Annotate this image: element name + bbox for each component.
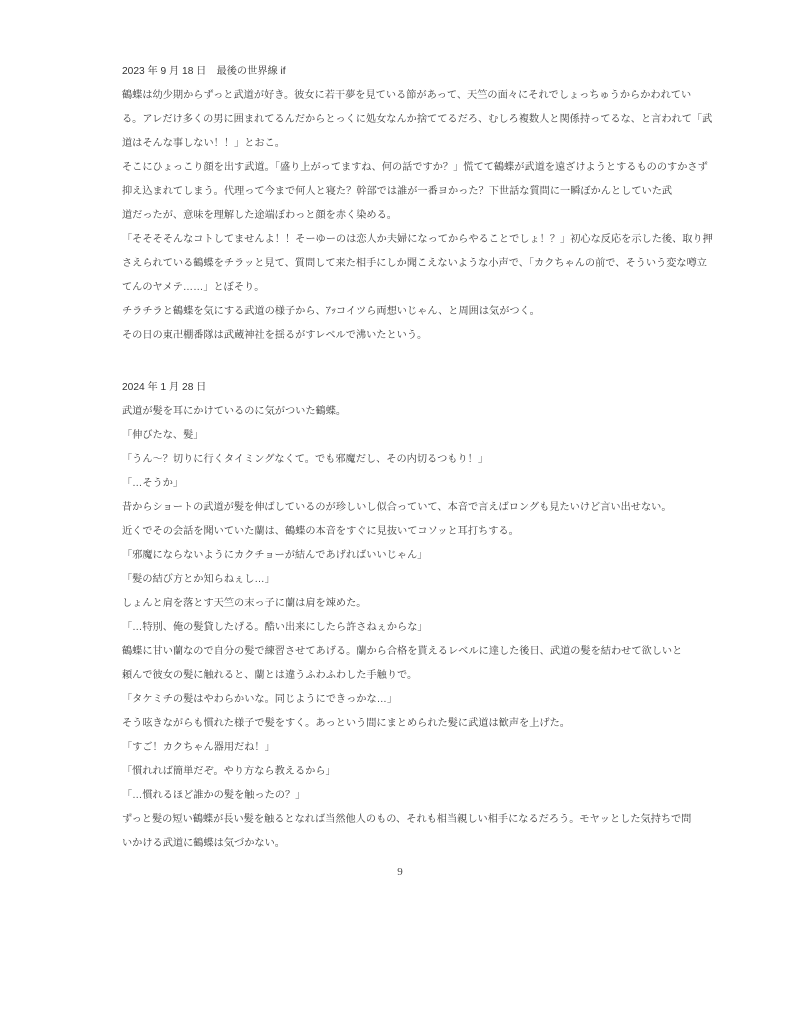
text-line: 近くでその会話を聞いていた蘭は、鶴蝶の本音をすぐに見抜いてコソッと耳打ちする。 [122, 520, 678, 544]
text-line: その日の東卍棚番隊は武蔵神社を揺るがすレベルで沸いたという。 [122, 324, 678, 348]
text-line: 鶴蝶に甘い蘭なので自分の髪で練習させてあげる。蘭から合格を貰えるレベルに達した後… [122, 640, 678, 664]
document-page: 2023 年 9 月 18 日 最後の世界線 if鶴蝶は幼少期からずっと武道が好… [0, 0, 792, 1024]
text-line: 「すご！カクちゃん器用だね！」 [122, 736, 678, 760]
text-line: ずっと髪の短い鶴蝶が長い髪を触るとなれば当然他人のもの、それも相当親しい相手にな… [122, 808, 678, 832]
text-line: いかける武道に鶴蝶は気づかない。 [122, 832, 678, 856]
text-line: 昔からショートの武道が髪を伸ばしているのが珍しいし似合っていて、本音で言えばロン… [122, 496, 678, 520]
text-line: 「…そうか」 [122, 472, 678, 496]
text-line: 抑え込まれてしまう。代理って今まで何人と寝た？幹部では誰が一番ヨかった？下世話な… [122, 180, 678, 204]
text-line: 鶴蝶は幼少期からずっと武道が好き。彼女に若干夢を見ている節があって、天竺の面々に… [122, 84, 678, 108]
page-footer: 9 [122, 864, 678, 880]
section-heading: 2024 年 1 月 28 日 [122, 376, 678, 400]
text-line: 「慣れれば簡単だぞ。やり方なら教えるから」 [122, 760, 678, 784]
text-line: 「伸びたな、髪」 [122, 424, 678, 448]
text-line: 「邪魔にならないようにカクチョーが結んであげればいいじゃん」 [122, 544, 678, 568]
text-line: しょんと肩を落とす天竺の末っ子に蘭は肩を竦めた。 [122, 592, 678, 616]
document-body: 2023 年 9 月 18 日 最後の世界線 if鶴蝶は幼少期からずっと武道が好… [122, 60, 678, 856]
text-line: 「そそそそんなコトしてませんよ！！そーゆーのは恋人か夫婦になってからやることでし… [122, 228, 678, 252]
text-line: 武道が髪を耳にかけているのに気がついた鶴蝶。 [122, 400, 678, 424]
page-number: 9 [122, 864, 678, 880]
text-line: そう呟きながらも慣れた様子で髪をすく。あっという間にまとめられた髪に武道は歓声を… [122, 712, 678, 736]
text-line: 道だったが、意味を理解した途端ぼわっと顔を赤く染める。 [122, 204, 678, 228]
text-line: 頼んで彼女の髪に触れると、蘭とは違うふわふわした手触りで。 [122, 664, 678, 688]
text-line: 「髪の結び方とか知らねぇし…」 [122, 568, 678, 592]
text-line: る。アレだけ多くの男に囲まれてるんだからとっくに処女なんか捨ててるだろ、むしろ複… [122, 108, 678, 132]
text-line: そこにひょっこり顔を出す武道。「盛り上がってますね、何の話ですか？」慌てて鶴蝶が… [122, 156, 678, 180]
text-line: 「タケミチの髪はやわらかいな。同じようにできっかな…」 [122, 688, 678, 712]
text-line: さえられている鶴蝶をチラッと見て、質問して来た相手にしか聞こえないような小声で、… [122, 252, 678, 276]
text-line: チラチラと鶴蝶を気にする武道の様子から、ｱｯコイツら両想いじゃん、と周囲は気がつ… [122, 300, 678, 324]
document-section: 2024 年 1 月 28 日武道が髪を耳にかけているのに気がついた鶴蝶。「伸び… [122, 376, 678, 856]
text-line: 「…慣れるほど誰かの髪を触ったの？」 [122, 784, 678, 808]
text-line: てんのヤメテ……」とぼそり。 [122, 276, 678, 300]
text-line: 道はそんな事しない！！」とおこ。 [122, 132, 678, 156]
text-line: 「うん～？切りに行くタイミングなくて。でも邪魔だし、その内切るつもり！」 [122, 448, 678, 472]
section-heading: 2023 年 9 月 18 日 最後の世界線 if [122, 60, 678, 84]
text-line: 「…特別、俺の髪貸したげる。酷い出来にしたら許さねぇからな」 [122, 616, 678, 640]
document-section: 2023 年 9 月 18 日 最後の世界線 if鶴蝶は幼少期からずっと武道が好… [122, 60, 678, 348]
